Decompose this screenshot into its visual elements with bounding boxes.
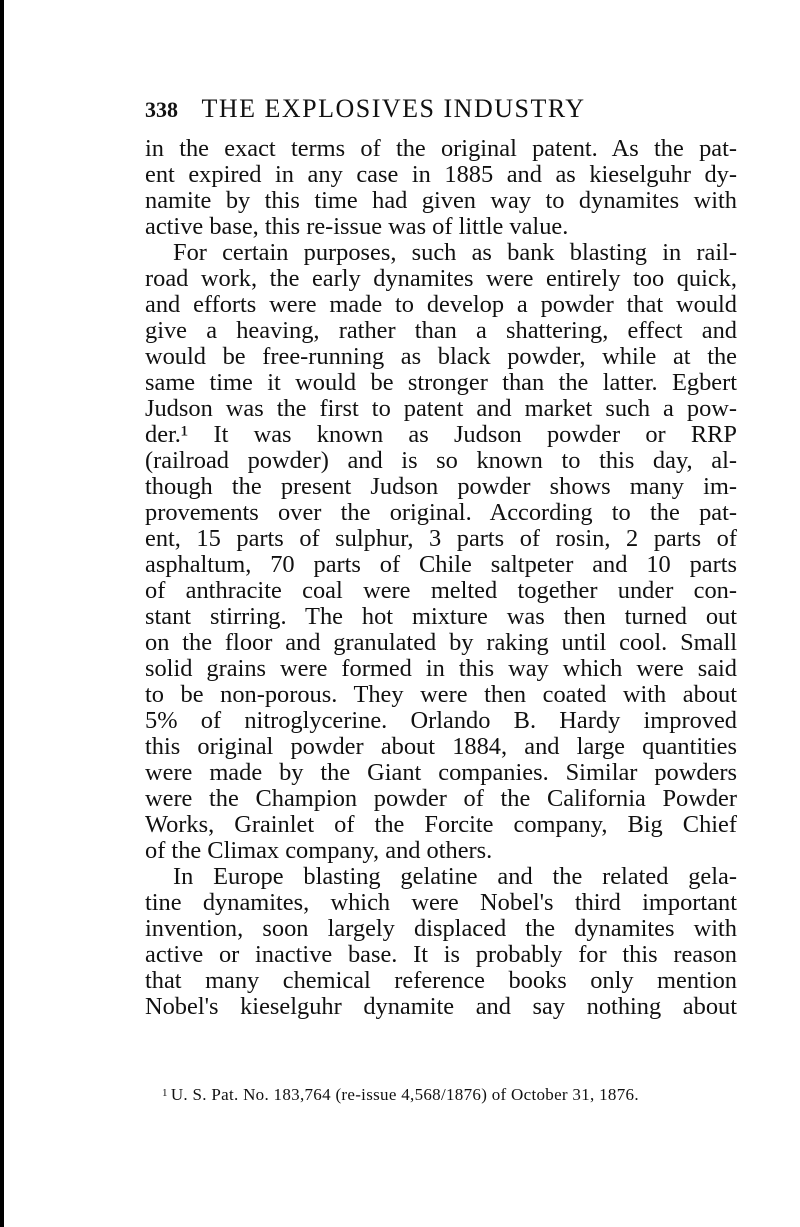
- text-line: Nobel's kieselguhr dynamite and say noth…: [145, 994, 737, 1020]
- text-line: this original powder about 1884, and lar…: [145, 734, 737, 760]
- paragraph: For certain purposes, such as bank blast…: [145, 240, 737, 864]
- text-line: (railroad powder) and is so known to thi…: [145, 448, 737, 474]
- text-line: though the present Judson powder shows m…: [145, 474, 737, 500]
- running-head-title: THE EXPLOSIVES INDUSTRY: [201, 94, 585, 123]
- body-text: in the exact terms of the original paten…: [145, 136, 737, 1020]
- paragraph: in the exact terms of the original paten…: [145, 136, 737, 240]
- text-line: on the floor and granulated by raking un…: [145, 630, 737, 656]
- text-line: In Europe blasting gelatine and the rela…: [145, 864, 737, 890]
- text-line: asphaltum, 70 parts of Chile saltpeter a…: [145, 552, 737, 578]
- text-line: der.¹ It was known as Judson powder or R…: [145, 422, 737, 448]
- scan-edge: [0, 0, 4, 1227]
- text-line: Works, Grainlet of the Forcite company, …: [145, 812, 737, 838]
- text-line: and efforts were made to develop a powde…: [145, 292, 737, 318]
- text-line: same time it would be stronger than the …: [145, 370, 737, 396]
- text-line: namite by this time had given way to dyn…: [145, 188, 737, 214]
- footnote: 1U. S. Pat. No. 183,764 (re-issue 4,568/…: [162, 1083, 737, 1105]
- text-line: tine dynamites, which were Nobel's third…: [145, 890, 737, 916]
- text-line: 5% of nitroglycerine. Orlando B. Hardy i…: [145, 708, 737, 734]
- text-line: active or inactive base. It is probably …: [145, 942, 737, 968]
- text-line: ent, 15 parts of sulphur, 3 parts of ros…: [145, 526, 737, 552]
- text-line: would be free-running as black powder, w…: [145, 344, 737, 370]
- text-line: of the Climax company, and others.: [145, 838, 737, 864]
- text-line: of anthracite coal were melted together …: [145, 578, 737, 604]
- text-line: were the Champion powder of the Californ…: [145, 786, 737, 812]
- text-line: were made by the Giant companies. Simila…: [145, 760, 737, 786]
- paragraph: In Europe blasting gelatine and the rela…: [145, 864, 737, 1020]
- text-line: in the exact terms of the original paten…: [145, 136, 737, 162]
- text-line: invention, soon largely displaced the dy…: [145, 916, 737, 942]
- text-line: active base, this re-issue was of little…: [145, 214, 737, 240]
- text-line: that many chemical reference books only …: [145, 968, 737, 994]
- page-number: 338: [145, 97, 178, 122]
- text-line: For certain purposes, such as bank blast…: [145, 240, 737, 266]
- footnote-text: U. S. Pat. No. 183,764 (re-issue 4,568/1…: [171, 1085, 639, 1104]
- running-head: 338 THE EXPLOSIVES INDUSTRY: [145, 94, 737, 122]
- text-line: stant stirring. The hot mixture was then…: [145, 604, 737, 630]
- text-line: Judson was the first to patent and marke…: [145, 396, 737, 422]
- text-line: provements over the original. According …: [145, 500, 737, 526]
- text-line: road work, the early dynamites were enti…: [145, 266, 737, 292]
- text-line: give a heaving, rather than a shattering…: [145, 318, 737, 344]
- text-line: solid grains were formed in this way whi…: [145, 656, 737, 682]
- text-line: to be non-porous. They were then coated …: [145, 682, 737, 708]
- footnote-marker: 1: [162, 1087, 168, 1099]
- text-line: ent expired in any case in 1885 and as k…: [145, 162, 737, 188]
